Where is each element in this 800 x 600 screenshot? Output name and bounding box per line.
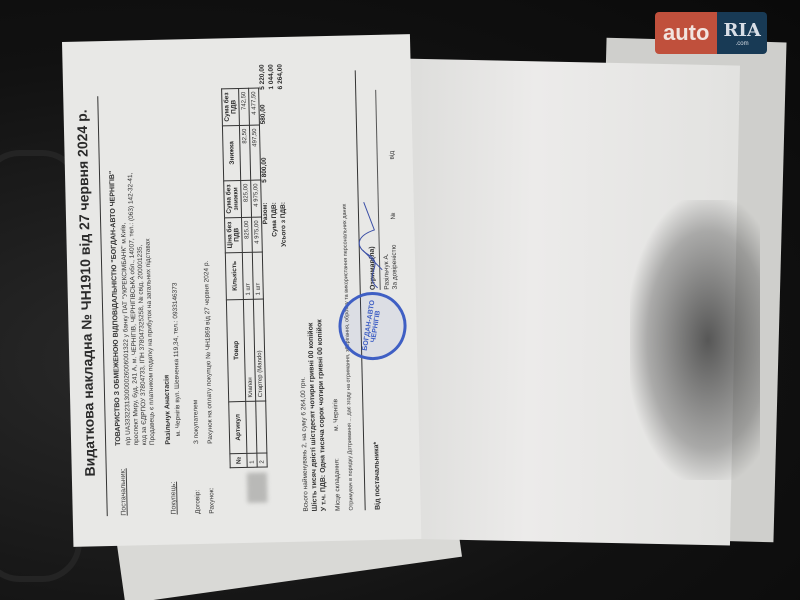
supplier-label: Постачальник:	[120, 468, 128, 516]
hand-shadow	[630, 200, 760, 480]
proxy-date-label: від	[389, 151, 396, 160]
row-discount: 497,50	[249, 125, 260, 180]
autoria-watermark: auto RIA .com	[655, 12, 767, 54]
row-item: Стартер (Mando)	[253, 299, 265, 401]
with-vat-label: Усього з ПДВ:	[280, 202, 288, 262]
row-sum-no-discount: 4 975,00	[251, 180, 262, 217]
col-article: Артикул	[229, 401, 247, 453]
invoice-page: Видаткова накладна № ЧН1910 від 27 червн…	[62, 34, 421, 547]
invoice-ref-label: Рахунок:	[208, 488, 216, 514]
col-discount: Знижка	[222, 125, 240, 180]
document-title: Видаткова накладна № ЧН1910 від 27 червн…	[74, 109, 98, 476]
supplier-name: ТОВАРИСТВО З ОБМЕЖЕНОЮ ВІДПОВІДАЛЬНІСТЮ …	[109, 171, 122, 446]
contract-label: Договір:	[194, 490, 202, 514]
invoice-ref-value: Рахунок на оплату покупцю № ЧН1869 від 2…	[203, 261, 214, 444]
buyer-label: Покупець:	[170, 482, 178, 515]
consent-text: Отримувач в порядку Дотримання ... дає з…	[342, 204, 355, 511]
total-label: Разом:	[262, 202, 270, 242]
place-label: Місце складання:	[334, 458, 342, 511]
watermark-ria: RIA .com	[717, 12, 766, 54]
total-discount: 580,00	[259, 104, 267, 152]
col-number: №	[230, 453, 247, 468]
proxy-label: За довіреністю	[391, 244, 399, 289]
buyer-address: м. Чернігів вул. Шевченка 119,34, тел.: …	[171, 282, 181, 436]
with-vat-amount: 6 264,00	[277, 64, 285, 104]
vat-amount: 1 044,00	[268, 64, 276, 104]
contract-value: З покупателем	[192, 400, 200, 444]
row-qty: 1 шт	[252, 252, 263, 299]
title-divider	[97, 96, 108, 516]
redacted-area	[247, 472, 268, 502]
proxy-number-label: №	[390, 212, 397, 219]
total-amount: 5 220,00	[259, 64, 267, 104]
watermark-ria-text: RIA	[723, 20, 760, 41]
row-price: 4 975,00	[252, 217, 263, 252]
row-sum: 4 477,50	[249, 88, 260, 125]
receiver-signature	[356, 200, 388, 291]
row-number: 2	[257, 453, 267, 467]
total-no-discount: 5 800,00	[261, 157, 269, 197]
col-price: Ціна без ПДВ	[225, 217, 243, 252]
vat-label: Сума ПДВ:	[271, 202, 279, 252]
buyer-name: Разільчук Анастасія	[164, 375, 173, 445]
watermark-domain: .com	[736, 41, 749, 47]
watermark-auto: auto	[655, 12, 717, 54]
from-supplier-label: Від постачальника*	[373, 442, 382, 510]
place-value: м. Чернігів	[332, 399, 340, 431]
invoice-content: Видаткова накладна № ЧН1910 від 27 червн…	[62, 34, 421, 547]
row-number: 1	[247, 453, 257, 467]
col-qty: Кількість	[225, 252, 243, 299]
col-sum: Сума без ПДВ	[222, 88, 240, 125]
row-article	[256, 401, 267, 453]
col-sum-no-discount: Сума без знижки	[224, 180, 242, 217]
